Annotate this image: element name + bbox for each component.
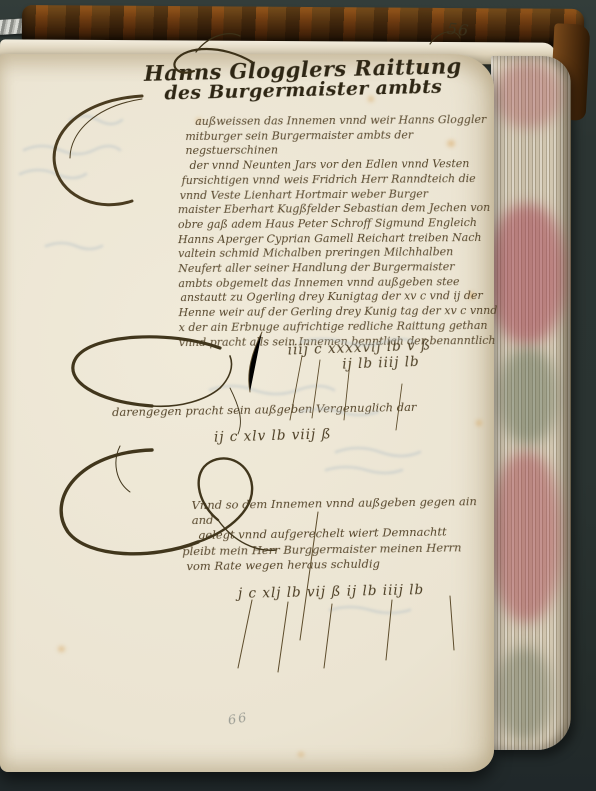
foxing-spot xyxy=(476,420,482,426)
manuscript-text-line: fursichtigen vnnd weis Fridrich Herr Ran… xyxy=(182,172,498,189)
manuscript-text-line: obre gaß adem Haus Peter Schroff Sigmund… xyxy=(178,216,498,233)
foxing-spot xyxy=(58,646,65,652)
manuscript-page: Hanns Glogglers Raittung des Burgermaist… xyxy=(0,54,494,772)
sum-total-expenses: ij c xlv lb viij ß xyxy=(214,426,332,445)
manuscript-text-line: Vnnd so dem Innemen vnnd außgeben gegen … xyxy=(191,494,491,529)
fore-edge-red-stain xyxy=(495,62,561,128)
fore-edge-red-stain xyxy=(491,452,561,622)
book-fore-edge-pages xyxy=(491,56,571,750)
manuscript-photo: Hanns Glogglers Raittung des Burgermaist… xyxy=(0,0,596,791)
manuscript-text-line: x der ain Erbnuge aufrichtige redliche R… xyxy=(179,319,499,336)
fore-edge-green-stain xyxy=(499,348,557,444)
sum-amount-line: ij lb iiij lb xyxy=(342,353,432,372)
balance-clause: Vnnd so dem Innemen vnnd außgeben gegen … xyxy=(191,494,492,574)
manuscript-text-line: mitburger sein Burgermaister ambts der n… xyxy=(185,128,497,160)
folio-number-pencil: 66 xyxy=(227,710,250,728)
page-number-ink: 56 xyxy=(446,19,470,40)
manuscript-body-paragraph: außweissen das Innemen vnnd weir Hanns G… xyxy=(177,113,499,350)
manuscript-title: Hanns Glogglers Raittung des Burgermaist… xyxy=(138,53,469,105)
sum-balance-owed: j c xlj lb vij ß ij lb iiij lb xyxy=(238,582,424,602)
fore-edge-green-stain xyxy=(497,648,551,740)
sum-total-income: iiij c xxxxvij lb v ß ij lb iiij lb xyxy=(287,338,431,375)
manuscript-text-line: vom Rate wegen heraus schuldig xyxy=(186,555,492,574)
fore-edge-red-stain xyxy=(491,204,565,344)
manuscript-text-line: außweissen das Innemen vnnd weir Hanns G… xyxy=(195,113,497,130)
expenses-clause: darengegen pracht sein außgeben Vergenug… xyxy=(112,399,472,419)
foxing-spot xyxy=(298,752,304,757)
